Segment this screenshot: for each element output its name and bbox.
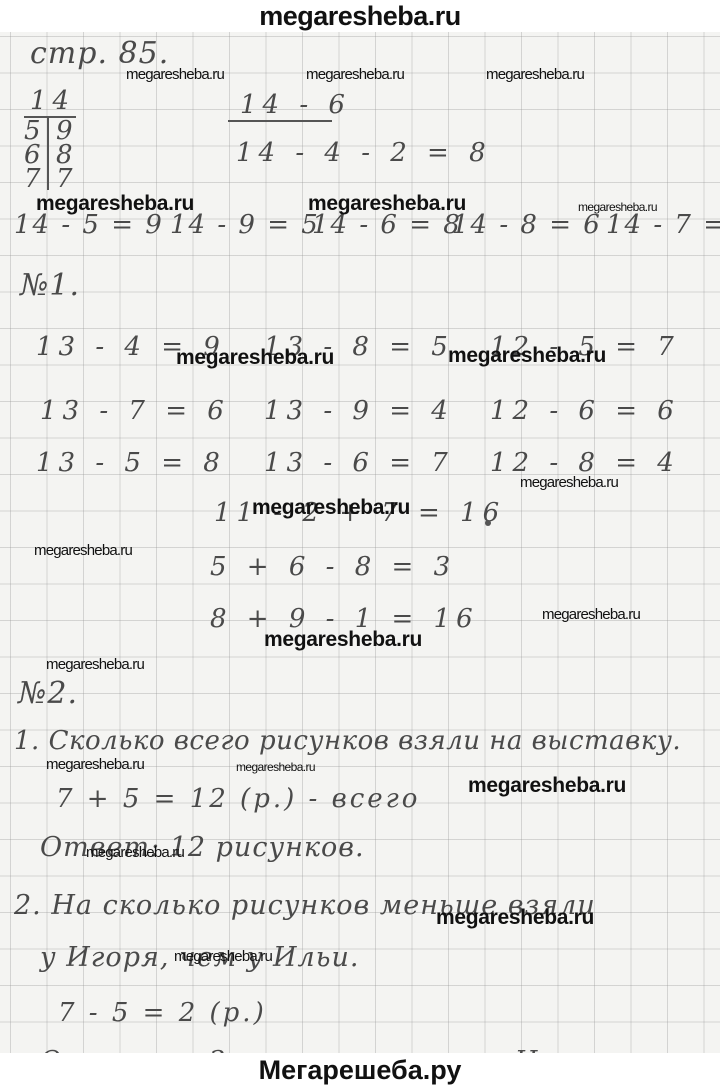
watermark: megaresheba.ru xyxy=(306,66,404,83)
watermark: megaresheba.ru xyxy=(34,542,132,559)
watermark: megaresheba.ru xyxy=(308,192,466,216)
watermark: megaresheba.ru xyxy=(448,344,606,368)
watermark: megaresheba.ru xyxy=(436,906,594,930)
watermark: megaresheba.ru xyxy=(176,346,334,370)
decomposition-top: 14 xyxy=(30,86,75,116)
task2-solution-1: 7 + 5 = 12 (р.) - всего xyxy=(56,784,420,814)
task2-solution-2: 7 - 5 = 2 (р.) xyxy=(58,998,267,1028)
watermark: megaresheba.ru xyxy=(236,760,315,774)
task1-r2-c3: 12 - 6 = 6 xyxy=(490,396,680,426)
watermark: megaresheba.ru xyxy=(46,756,144,773)
watermark: megaresheba.ru xyxy=(578,200,657,214)
expression-underline xyxy=(228,120,332,122)
task1-r2-c2: 13 - 9 = 4 xyxy=(264,396,454,426)
expression: 14 - 6 xyxy=(240,90,351,120)
task1-label: №1. xyxy=(20,268,80,303)
task1-r2-c1: 13 - 7 = 6 xyxy=(40,396,230,426)
decomposition-divider xyxy=(47,116,49,190)
watermark: megaresheba.ru xyxy=(174,948,272,965)
task1-r3-c1: 13 - 5 = 8 xyxy=(36,448,226,478)
task1-chain-2: 5 + 6 - 8 = 3 xyxy=(210,552,456,582)
notebook-page: стр. 85. 14 5 9 6 8 7 7 14 - 6 14 - 4 - … xyxy=(0,32,720,1053)
watermark: megaresheba.ru xyxy=(486,66,584,83)
site-header[interactable]: megaresheba.ru xyxy=(0,0,720,32)
fact-5: 14 - 7 = 7 xyxy=(606,210,720,240)
watermark: megaresheba.ru xyxy=(252,496,410,520)
task2-question-1: 1. Сколько всего рисунков взяли на выста… xyxy=(14,726,681,756)
task2-label: №2. xyxy=(18,676,78,711)
task2-answer-2: Ответ: на 2 рисунка < взяли у Игоря. xyxy=(40,1046,614,1053)
decomposition-left-3: 7 xyxy=(24,164,47,194)
watermark: megaresheba.ru xyxy=(86,844,184,861)
watermark: megaresheba.ru xyxy=(46,656,144,673)
watermark: megaresheba.ru xyxy=(520,474,618,491)
ink-dot xyxy=(485,520,491,526)
watermark: megaresheba.ru xyxy=(36,192,194,216)
watermark: megaresheba.ru xyxy=(126,66,224,83)
watermark: megaresheba.ru xyxy=(264,628,422,652)
fact-4: 14 - 8 = 6 xyxy=(452,210,602,240)
expression-solution: 14 - 4 - 2 = 8 xyxy=(236,138,492,168)
decomposition-right-3: 7 xyxy=(56,164,79,194)
watermark: megaresheba.ru xyxy=(468,774,626,798)
site-footer[interactable]: Мегарешеба.ру xyxy=(0,1053,720,1087)
task1-r3-c2: 13 - 6 = 7 xyxy=(264,448,454,478)
watermark: megaresheba.ru xyxy=(542,606,640,623)
